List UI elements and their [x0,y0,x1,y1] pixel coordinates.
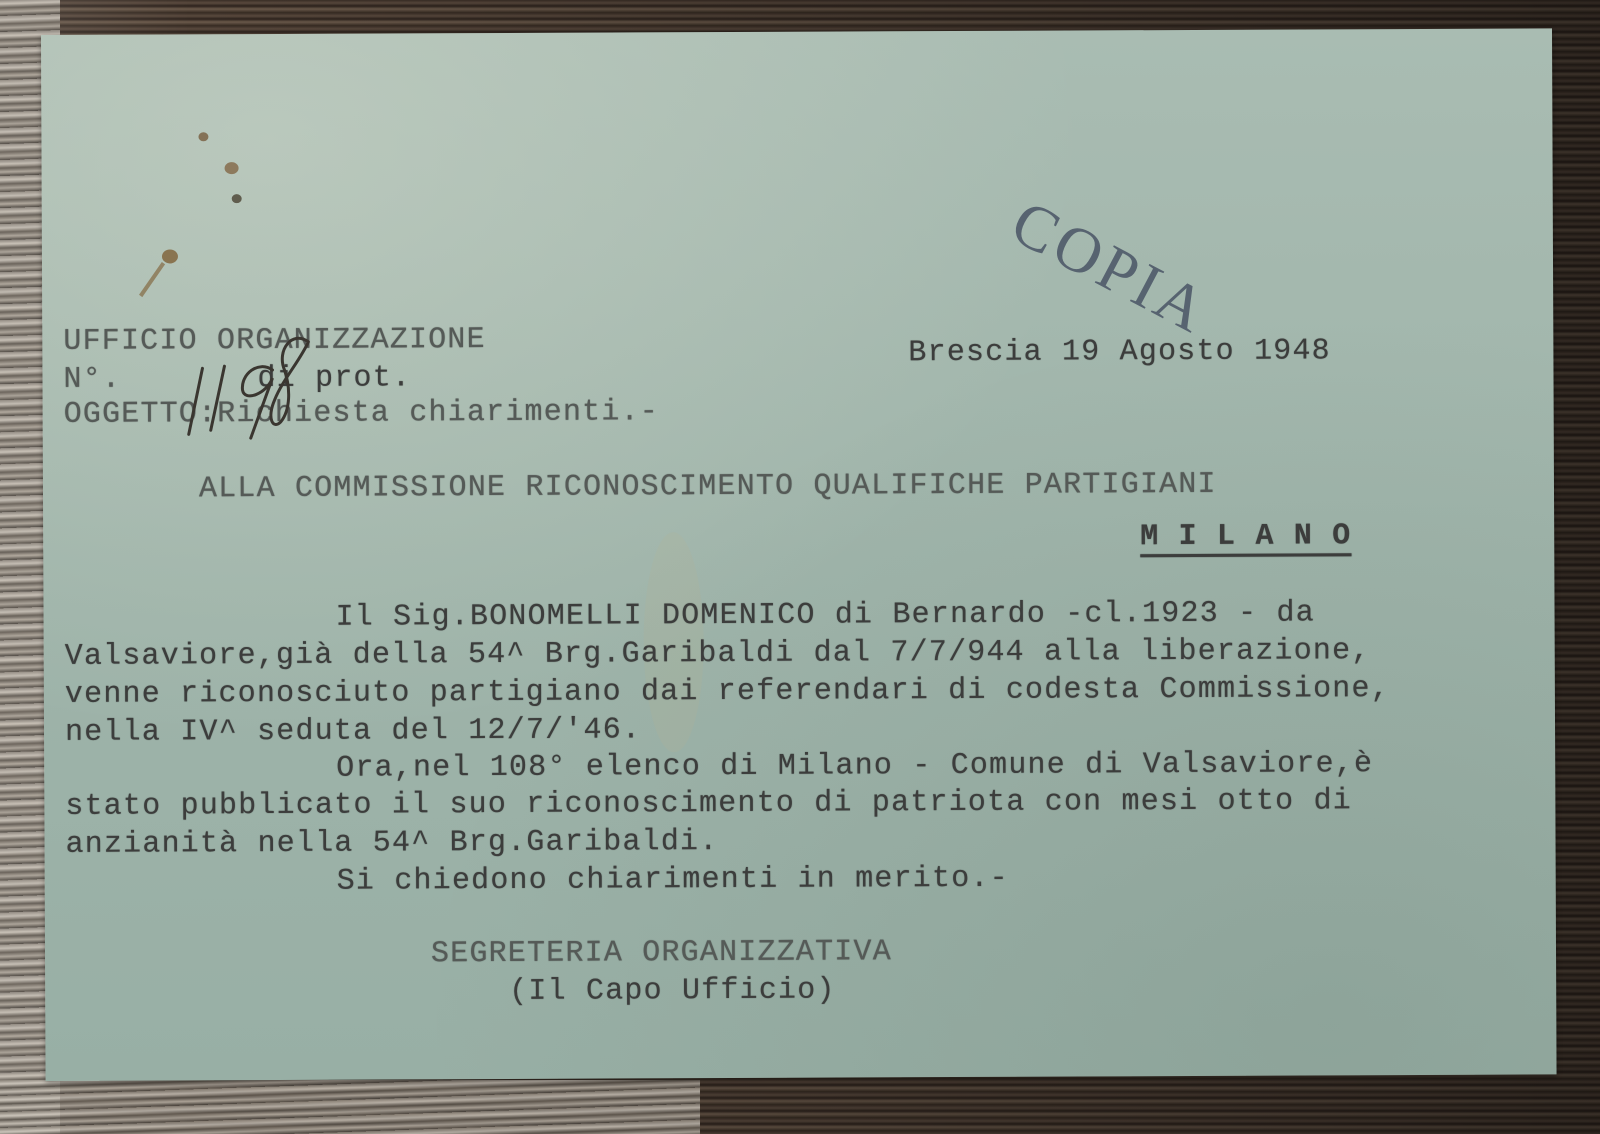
letter-sheet: COPIA UFFICIO ORGANIZZAZIONE N°. di prot… [41,28,1557,1081]
rust-stain [198,132,208,141]
rust-stain [232,194,242,203]
body-line-6: stato pubblicato il suo riconoscimento d… [65,786,1352,822]
wood-surface-bottom [0,1080,700,1134]
body-line-2: Valsaviore,già della 54^ Brg.Garibaldi d… [65,636,1371,672]
addressee: ALLA COMMISSIONE RICONOSCIMENTO QUALIFIC… [199,470,1217,504]
rust-stain [162,249,178,263]
subject-line: OGGETTO:Richiesta chiarimenti.- [64,397,659,430]
signature-department: SEGRETERIA ORGANIZZATIVA [431,937,892,969]
body-line-7: anzianità nella 54^ Brg.Garibaldi. [65,827,718,860]
place-date: Brescia 19 Agosto 1948 [908,336,1331,368]
body-line-4: nella IV^ seduta del 12/7/'46. [65,715,641,748]
body-line-3: venne riconosciuto partigiano dai refere… [65,674,1390,710]
body-line-5: Ora,nel 108° elenco di Milano - Comune d… [336,749,1373,784]
body-line-8: Si chiedono chiarimenti in merito.- [337,864,1009,897]
body-line-1: Il Sig.BONOMELLI DOMENICO di Bernardo -c… [335,598,1314,632]
recipient-city: M I L A N O [1140,521,1351,552]
handwritten-protocol-number [180,330,320,441]
rust-streak [139,262,165,297]
copy-stamp: COPIA [1000,185,1222,349]
protocol-prefix: N°. [63,365,121,395]
rust-stain [225,162,239,174]
signature-role: (Il Capo Ufficio) [509,976,836,1007]
